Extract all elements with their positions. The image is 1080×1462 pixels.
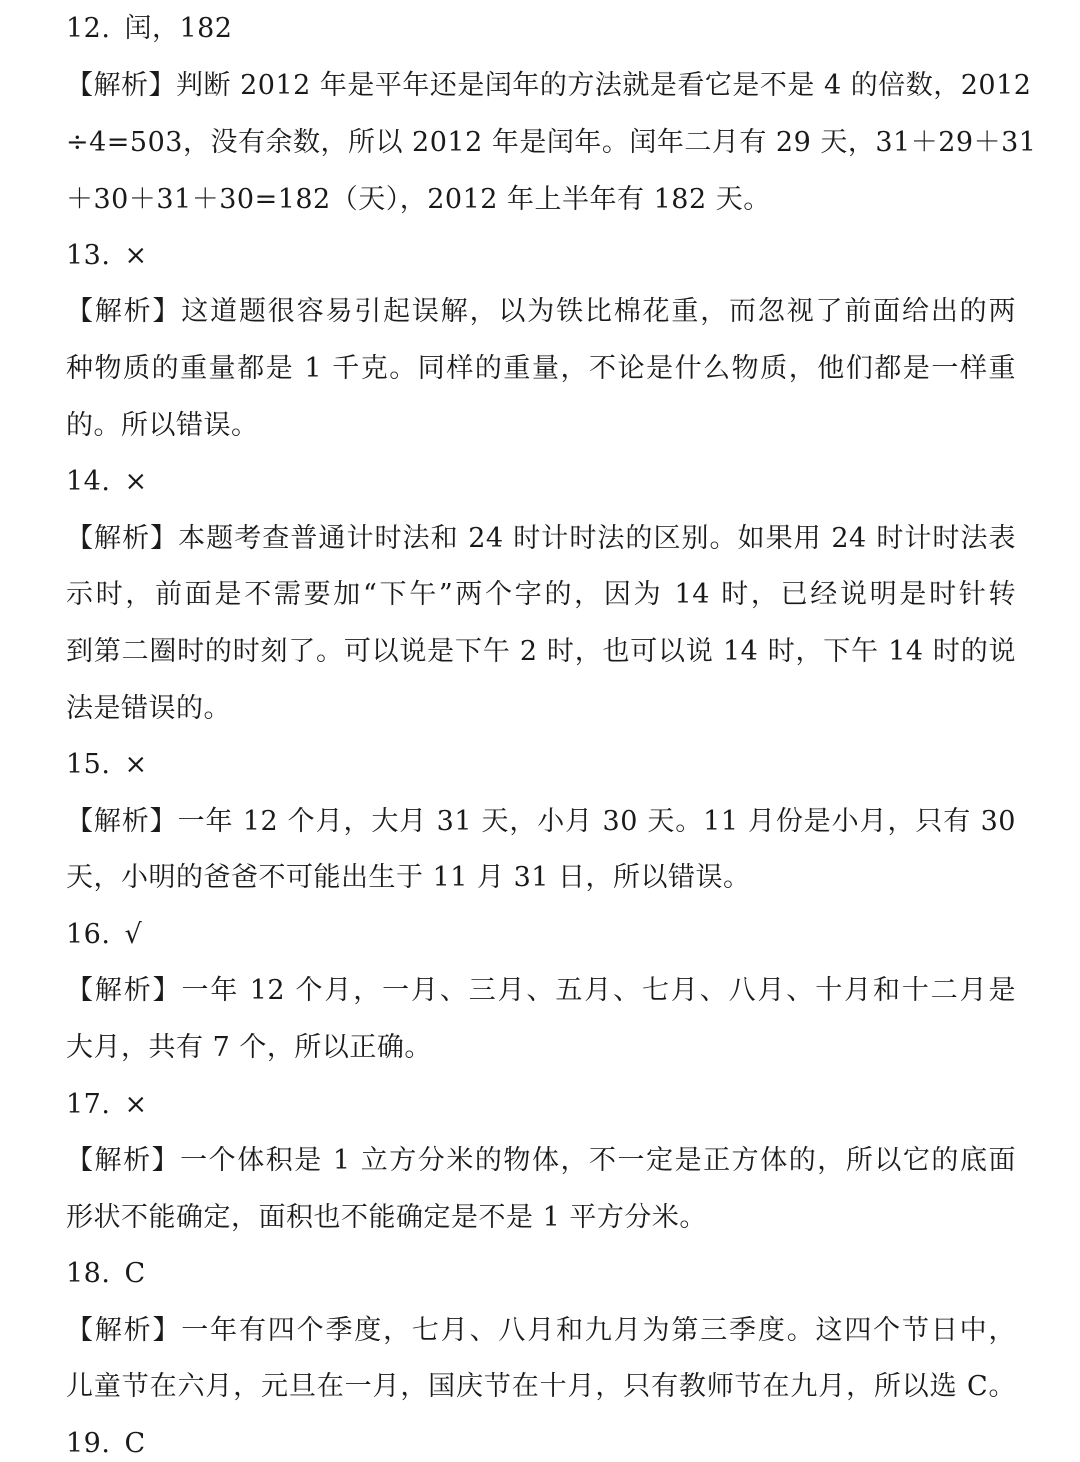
analysis-line: 【解析】本题考查普通计时法和 24 时计时法的区别。如果用 24 时计时法表	[66, 519, 1016, 559]
question-number: 18.	[66, 1258, 110, 1289]
analysis-line: ＋30＋31＋30=182（天），2012 年上半年有 182 天。	[66, 180, 1016, 220]
question-number: 12.	[66, 13, 110, 44]
question-number: 16.	[66, 919, 110, 950]
answer-heading-12: 12.闰，182	[66, 9, 1016, 49]
analysis-line: 【解析】一年 12 个月，一月、三月、五月、七月、八月、十月和十二月是	[66, 971, 1016, 1011]
analysis-line: 【解析】判断 2012 年是平年还是闰年的方法就是看它是不是 4 的倍数，201…	[66, 66, 1016, 106]
answer-heading-19: 19.C	[66, 1424, 1016, 1462]
answer-value: C	[124, 1258, 145, 1289]
analysis-line: 大月，共有 7 个，所以正确。	[66, 1028, 1016, 1068]
analysis-line: 的。所以错误。	[66, 406, 1016, 446]
answer-heading-18: 18.C	[66, 1254, 1016, 1294]
question-number: 17.	[66, 1089, 110, 1120]
analysis-line: 法是错误的。	[66, 689, 1016, 729]
answer-value: ×	[124, 749, 147, 780]
answer-heading-13: 13.×	[66, 236, 1016, 276]
question-number: 15.	[66, 749, 110, 780]
analysis-line: 儿童节在六月，元旦在一月，国庆节在十月，只有教师节在九月，所以选 C。	[66, 1367, 1016, 1407]
answer-document-page: 12.闰，182 【解析】判断 2012 年是平年还是闰年的方法就是看它是不是 …	[0, 0, 1080, 1462]
answer-heading-15: 15.×	[66, 745, 1016, 785]
question-number: 13.	[66, 240, 110, 271]
analysis-line: 种物质的重量都是 1 千克。同样的重量，不论是什么物质，他们都是一样重	[66, 349, 1016, 389]
analysis-line: ÷4=503，没有余数，所以 2012 年是闰年。闰年二月有 29 天，31＋2…	[66, 123, 1016, 163]
analysis-line: 形状不能确定，面积也不能确定是不是 1 平方分米。	[66, 1198, 1016, 1238]
analysis-line: 【解析】一年有四个季度，七月、八月和九月为第三季度。这四个节日中，	[66, 1311, 1016, 1351]
answer-heading-16: 16.√	[66, 915, 1016, 955]
answer-value: ×	[124, 240, 147, 271]
answer-value: √	[124, 919, 142, 950]
analysis-line: 【解析】这道题很容易引起误解，以为铁比棉花重，而忽视了前面给出的两	[66, 292, 1016, 332]
question-number: 19.	[66, 1428, 110, 1459]
analysis-line: 天，小明的爸爸不可能出生于 11 月 31 日，所以错误。	[66, 858, 1016, 898]
answer-value: 闰，182	[124, 13, 232, 44]
analysis-line: 到第二圈时的时刻了。可以说是下午 2 时，也可以说 14 时，下午 14 时的说	[66, 632, 1016, 672]
question-number: 14.	[66, 466, 110, 497]
analysis-line: 【解析】一年 12 个月，大月 31 天，小月 30 天。11 月份是小月，只有…	[66, 802, 1016, 842]
answer-value: ×	[124, 1089, 147, 1120]
answer-value: C	[124, 1428, 145, 1459]
answer-heading-17: 17.×	[66, 1085, 1016, 1125]
answer-value: ×	[124, 466, 147, 497]
analysis-line: 【解析】一个体积是 1 立方分米的物体，不一定是正方体的，所以它的底面	[66, 1141, 1016, 1181]
analysis-line: 示时，前面是不需要加“下午”两个字的，因为 14 时，已经说明是时针转	[66, 575, 1016, 615]
answer-heading-14: 14.×	[66, 462, 1016, 502]
